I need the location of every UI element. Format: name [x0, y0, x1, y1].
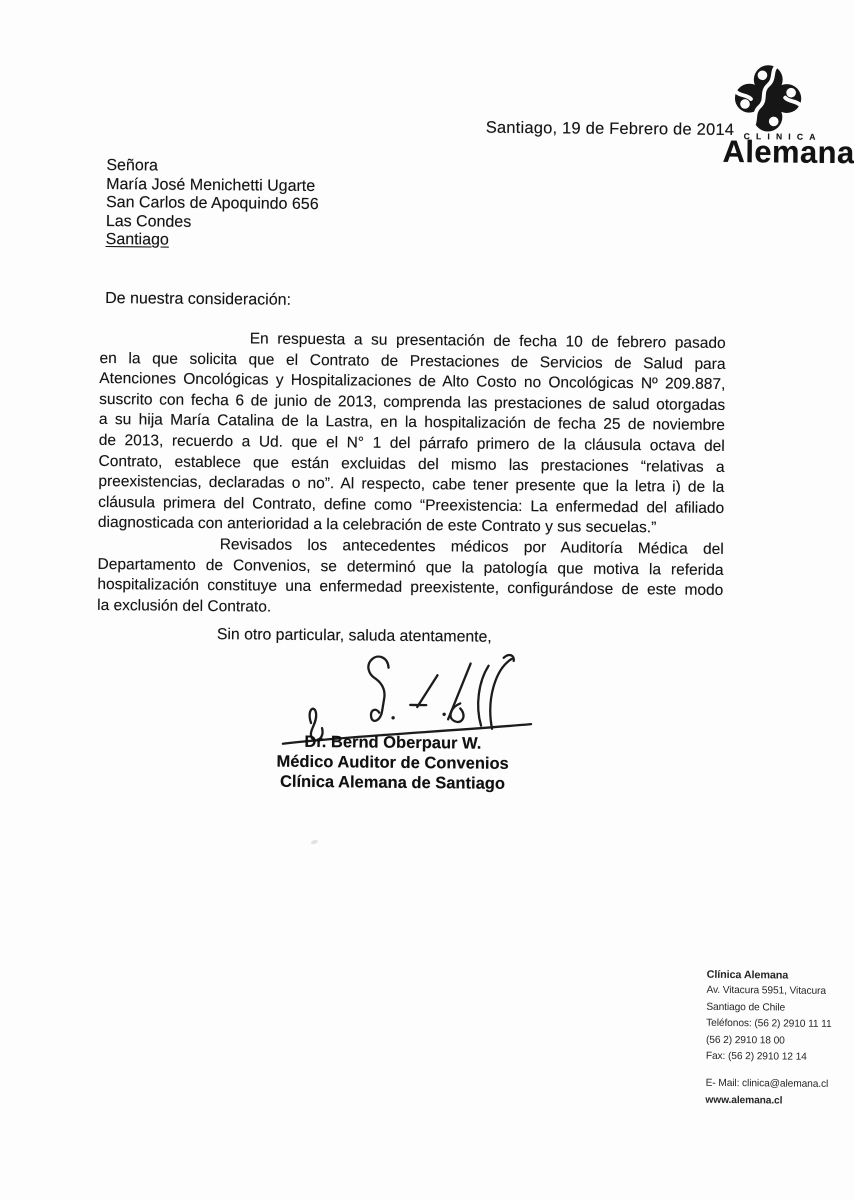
signatory-organization: Clínica Alemana de Santiago [262, 772, 522, 795]
salutation: De nuestra consideración: [105, 290, 291, 310]
signatory-name: Dr. Bernd Oberpaur W. [263, 732, 523, 755]
footer-contact-block: Clínica Alemana Av. Vitacura 5951, Vitac… [705, 967, 841, 1111]
signature-outer-paren [490, 659, 512, 729]
signature-inner-paren [478, 666, 489, 726]
recipient-block: SeñoraMaría José Menichetti UgarteSan Ca… [106, 157, 319, 252]
letter-sheet: Santiago, 19 de Febrero de 2014 [0, 0, 854, 1200]
signature-block: Dr. Bernd Oberpaur W. Médico Auditor de … [262, 732, 523, 795]
letter-body: En respuesta a su presentación de fecha … [97, 328, 726, 651]
scan-speck [310, 839, 318, 845]
text-line: Teléfonos: (56 2) 2910 11 11 [706, 1016, 841, 1034]
signature-hook-stroke [368, 656, 389, 720]
recipient-city: Santiago [106, 231, 319, 252]
text-line: Fax: (56 2) 2910 12 14 [706, 1049, 841, 1067]
footer-company: Clínica Alemana [707, 967, 842, 985]
text-line: San Carlos de Apoquindo 656 [106, 194, 319, 215]
scanned-letter-page: Santiago, 19 de Febrero de 2014 [0, 0, 854, 1200]
text-line: Las Condes [106, 213, 319, 234]
logo-alemana-word: Alemana® [722, 134, 854, 171]
footer-website: www.alemana.cl [705, 1093, 840, 1111]
clinica-alemana-logo-icon [729, 59, 808, 138]
recipient-lines: SeñoraMaría José Menichetti UgarteSan Ca… [106, 157, 319, 233]
paragraph-1: En respuesta a su presentación de fecha … [98, 328, 726, 540]
closing-line: Sin otro particular, saluda atentamente, [97, 624, 723, 651]
footer-email: E- Mail: clinica@alemana.cl [706, 1076, 841, 1094]
text-line: María José Menichetti Ugarte [106, 176, 319, 197]
text-line: Av. Vitacura 5951, Vitacura [706, 983, 841, 1001]
footer-address-lines: Av. Vitacura 5951, VitacuraSantiago de C… [706, 983, 842, 1066]
letter-date: Santiago, 19 de Febrero de 2014 [486, 119, 735, 140]
paragraph-2: Revisados los antecedentes médicos por A… [97, 534, 724, 622]
text-line: Santiago de Chile [706, 1000, 841, 1018]
text-line: Señora [106, 157, 319, 178]
signatory-title: Médico Auditor de Convenios [263, 752, 523, 775]
text-line: (56 2) 2910 18 00 [706, 1032, 841, 1050]
logo-alemana-text: Alemana [722, 134, 854, 170]
signature-slash-stroke [417, 675, 437, 707]
clinica-alemana-logo: CLINICA Alemana® [698, 59, 853, 172]
